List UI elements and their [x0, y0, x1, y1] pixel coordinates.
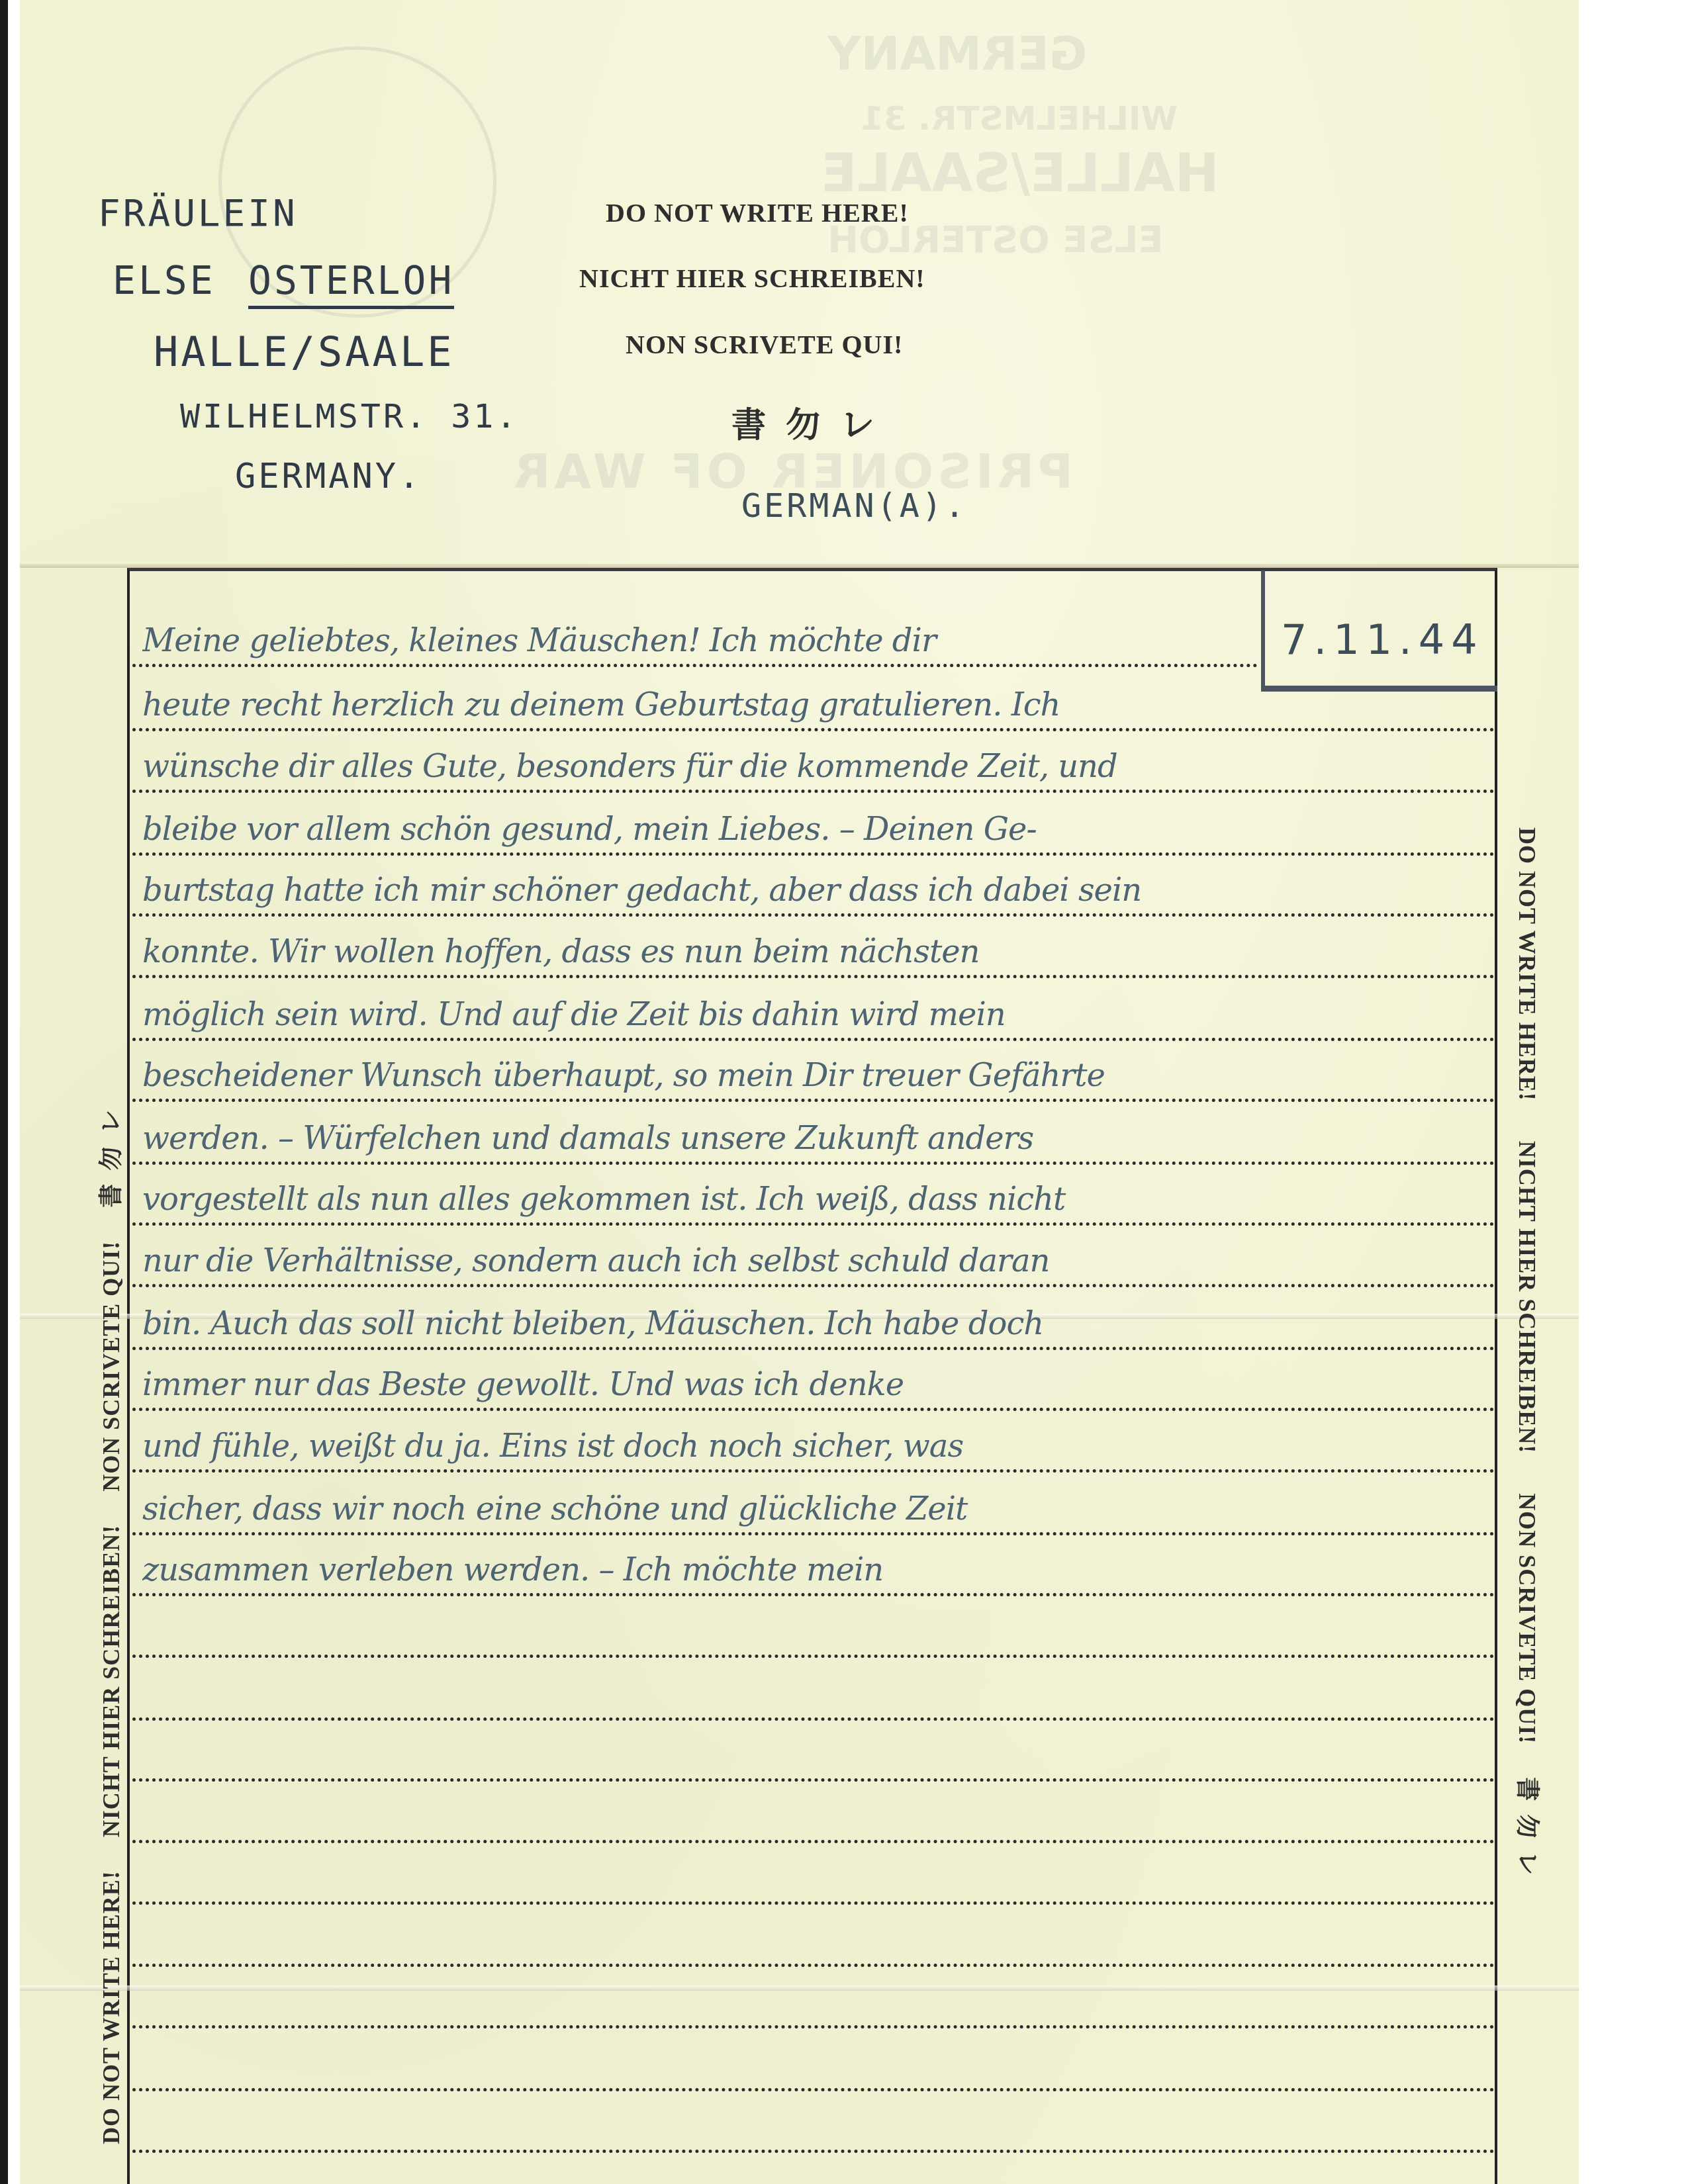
- letter-line: bescheidener Wunsch überhaupt, so mein D…: [142, 1057, 1486, 1094]
- ruled-line: [132, 1099, 1495, 1102]
- ruled-line: [132, 790, 1495, 793]
- address-street: WILHELMSTR. 31.: [180, 397, 519, 435]
- ruled-line: [132, 1778, 1495, 1782]
- ruled-line: [132, 1717, 1495, 1721]
- margin-italian: NON SCRIVETE QUI!: [98, 1241, 124, 1492]
- ruled-line: [132, 1655, 1495, 1658]
- ruled-line: [132, 1408, 1495, 1411]
- letter-line: heute recht herzlich zu deinem Geburtsta…: [142, 686, 1486, 723]
- ruled-line: [132, 852, 1495, 856]
- ruled-line: [132, 2088, 1495, 2091]
- ruled-line: [132, 1593, 1495, 1596]
- ruled-line: [132, 1840, 1495, 1843]
- margin-german: NICHT HIER SCHREIBEN!: [1514, 1141, 1540, 1453]
- letter-line: burtstag hatte ich mir schöner gedacht, …: [142, 872, 1486, 909]
- notice-japanese: 書勿レ: [731, 397, 894, 447]
- scanner-gap: [8, 0, 20, 2184]
- margin-japanese: 書勿レ: [98, 1097, 125, 1208]
- ruled-line: [132, 2025, 1495, 2028]
- letter-line: wünsche dir alles Gute, besonders für di…: [142, 748, 1486, 785]
- letter-line: bin. Auch das soll nicht bleiben, Mäusch…: [142, 1305, 1486, 1342]
- ruled-line: [132, 1347, 1495, 1350]
- notice-german: NICHT HIER SCHREIBEN!: [579, 263, 925, 294]
- address-first-name: ELSE: [113, 258, 216, 303]
- ruled-line: [132, 728, 1495, 731]
- address-surname: OSTERLOH: [248, 258, 454, 309]
- bleed-through-line: HALLE/SAALE: [821, 142, 1219, 204]
- letter-line: zusammen verleben werden. – Ich möchte m…: [142, 1551, 1486, 1588]
- address-country: GERMANY.: [235, 457, 422, 496]
- ruled-line: [132, 1222, 1495, 1226]
- letter-line: möglich sein wird. Und auf die Zeit bis …: [142, 996, 1486, 1033]
- ruled-line: [132, 1964, 1495, 1967]
- letter-line: immer nur das Beste gewollt. Und was ich…: [142, 1366, 1486, 1403]
- address-salutation: FRÄULEIN: [98, 192, 298, 235]
- paper-fold: [20, 1985, 1579, 1991]
- ruled-line: [132, 1532, 1495, 1535]
- letter-line: und fühle, weißt du ja. Eins ist doch no…: [142, 1428, 1486, 1465]
- ruled-line: [132, 1284, 1495, 1287]
- ruled-line: [132, 975, 1495, 978]
- letter-line: bleibe vor allem schön gesund, mein Lieb…: [142, 811, 1486, 848]
- margin-german: NICHT HIER SCHREIBEN!: [98, 1525, 124, 1837]
- letter-line: sicher, dass wir noch eine schöne und gl…: [142, 1490, 1486, 1527]
- notice-english: DO NOT WRITE HERE!: [606, 197, 909, 228]
- margin-italian: NON SCRIVETE QUI!: [1514, 1493, 1540, 1744]
- letter-line: konnte. Wir wollen hoffen, dass es nun b…: [142, 933, 1486, 970]
- letter-line: vorgestellt als nun alles gekommen ist. …: [142, 1181, 1486, 1218]
- margin-japanese: 書勿レ: [1513, 1777, 1540, 1888]
- left-margin-notice: DO NOT WRITE HERE! NICHT HIER SCHREIBEN!…: [93, 1097, 126, 2144]
- bleed-through-line: WILHELMSTR. 31: [861, 99, 1178, 138]
- ruled-line: [132, 1901, 1495, 1905]
- address-city: HALLE/SAALE: [154, 328, 455, 376]
- ruled-line: [132, 1161, 1495, 1165]
- margin-english: DO NOT WRITE HERE!: [1514, 827, 1540, 1101]
- margin-english: DO NOT WRITE HERE!: [98, 1870, 124, 2144]
- letter-line: nur die Verhältnisse, sondern auch ich s…: [142, 1242, 1486, 1279]
- scanner-edge: [0, 0, 8, 2184]
- ruled-line: [132, 664, 1258, 667]
- country-handwritten: GERMAN(A).: [741, 486, 967, 525]
- ruled-line: [132, 913, 1495, 917]
- notice-italian: NON SCRIVETE QUI!: [626, 329, 903, 360]
- ruled-line: [132, 1469, 1495, 1473]
- bleed-through-line: GERMANY: [827, 26, 1087, 81]
- ruled-line: [132, 1038, 1495, 1041]
- letter-line: werden. – Würfelchen und damals unsere Z…: [142, 1120, 1486, 1157]
- right-margin-notice: DO NOT WRITE HERE! NICHT HIER SCHREIBEN!…: [1512, 827, 1546, 1888]
- ruled-line: [132, 2150, 1495, 2153]
- letter-date: 7.11.44: [1281, 615, 1484, 664]
- letter-line: Meine geliebtes, kleines Mäuschen! Ich m…: [142, 622, 1254, 659]
